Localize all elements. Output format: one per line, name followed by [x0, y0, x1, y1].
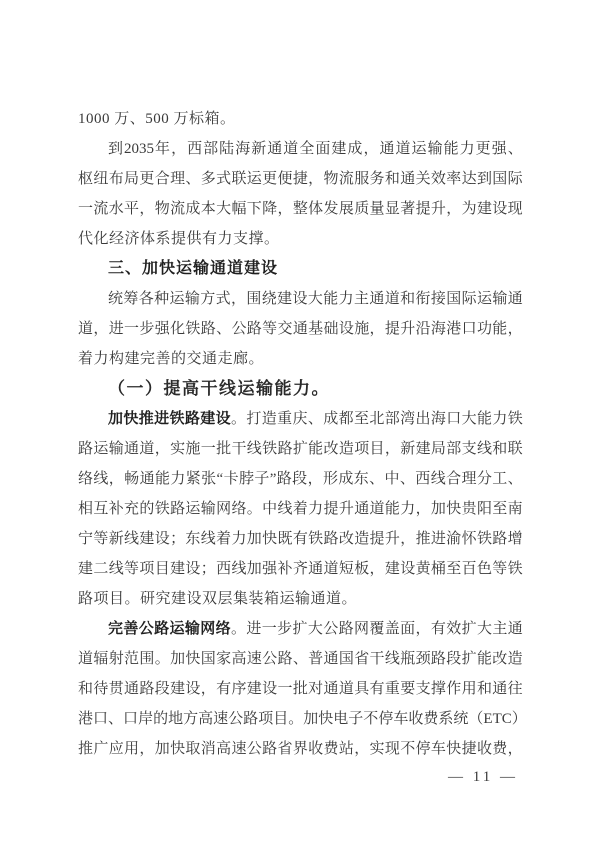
text-line: 港口、口岸的地方高速公路项目。加快电子不停车收费系统（ETC） [78, 704, 523, 734]
text-line: 道，进一步强化铁路、公路等交通基础设施，提升沿海港口功能， [78, 314, 523, 344]
text-line: 相互补充的铁路运输网络。中线着力提升通道能力，加快贵阳至南 [78, 494, 523, 524]
text-line: 路项目。研究建设双层集装箱运输通道。 [78, 584, 523, 614]
text-line: 一流水平，物流成本大幅下降，整体发展质量显著提升，为建设现 [78, 194, 523, 224]
text-line: 统筹各种运输方式，围绕建设大能力主通道和衔接国际运输通 [78, 284, 523, 314]
text-line: 路运输通道，实施一批干线铁路扩能改造项目，新建局部支线和联 [78, 434, 523, 464]
text-line: 完善公路运输网络 。进一步扩大公路网覆盖面，有效扩大主通 [78, 614, 523, 644]
text-line: 枢纽布局更合理、多式联运更便捷，物流服务和通关效率达到国际 [78, 164, 523, 194]
text-line: 道辐射范围。加快国家高速公路、普通国省干线瓶颈路段扩能改造 [78, 644, 523, 674]
text-line: 1000 万、500 万标箱。 [78, 104, 523, 134]
text-line: 着力构建完善的交通走廊。 [78, 344, 523, 374]
text-line: 推广应用，加快取消高速公路省界收费站，实现不停车快捷收费， [78, 734, 523, 764]
text-line: 和待贯通路段建设，有序建设一批对通道具有重要支撑作用和通往 [78, 674, 523, 704]
section-heading: 三、加快运输通道建设 [78, 254, 523, 284]
subsection-heading: （一）提高干线运输能力。 [78, 374, 523, 404]
document-page: 1000 万、500 万标箱。 到2035年，西部陆海新通道全面建成，通道运输能… [0, 0, 600, 848]
text-line: 宁等新线建设；东线着力加快既有铁路改造提升，推进渝怀铁路增 [78, 524, 523, 554]
text-line: 建二线等项目建设；西线加强补齐通道短板，建设黄桶至百色等铁 [78, 554, 523, 584]
page-number: — 11 — [448, 762, 518, 792]
text-line: 代化经济体系提供有力支撑。 [78, 224, 523, 254]
text-line: 加快推进铁路建设 。打造重庆、成都至北部湾出海口大能力铁 [78, 404, 523, 434]
document-body: 1000 万、500 万标箱。 到2035年，西部陆海新通道全面建成，通道运输能… [78, 104, 523, 764]
text-line: 到2035年，西部陆海新通道全面建成，通道运输能力更强、 [78, 134, 523, 164]
text-line: 络线，畅通能力紧张“卡脖子”路段，形成东、中、西线合理分工、 [78, 464, 523, 494]
